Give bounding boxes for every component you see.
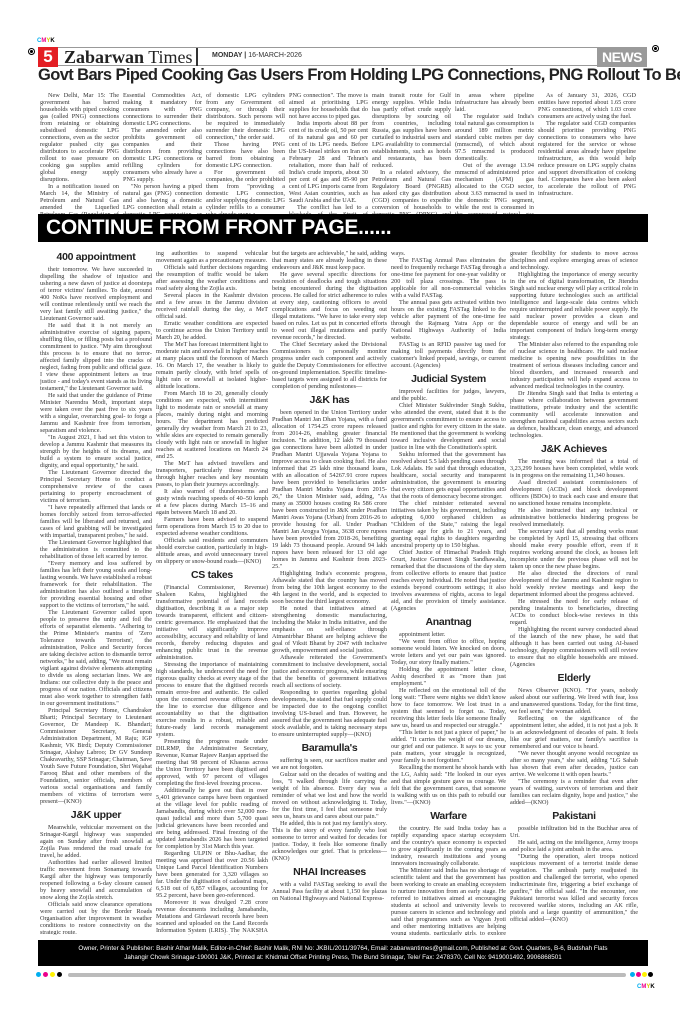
lead-paragraph: The amended order also prohibits governm…	[123, 127, 202, 183]
story-subhead: 400 appointment	[40, 250, 152, 264]
story-paragraph: greater flexibility for students to move…	[510, 250, 638, 271]
lead-column-7: As of January 31, 2026, CGD entities hav…	[538, 92, 636, 197]
story-paragraph: He also directed the directors of rural …	[510, 570, 638, 598]
story-subhead: CS takes	[156, 568, 268, 582]
story-paragraph: Erratic weather conditions are expected …	[156, 320, 268, 341]
story-paragraph: appointment letter.	[391, 631, 506, 638]
color-dot-magenta	[636, 972, 641, 977]
story-paragraph: He said that it is not merely an adminis…	[40, 322, 152, 392]
story-paragraph: been opened in the Union Territory under…	[272, 409, 387, 570]
story-paragraph: The MeT has advised travellers and trans…	[156, 460, 268, 488]
story-paragraph: The Lieutenant Governor called upon peop…	[40, 609, 152, 707]
lead-paragraph: PNG connection". The move is aimed at pr…	[289, 92, 368, 120]
story-paragraph: The annual pass gets activated within tw…	[391, 299, 506, 341]
lead-column-5: main transit route for Gulf energy suppl…	[372, 92, 451, 225]
story-paragraph: Reflecting on the significance of the ap…	[510, 715, 638, 750]
lead-column-6: in areas where pipeline infrastructure h…	[455, 92, 534, 225]
story-subhead: Elderly	[510, 671, 638, 685]
story-paragraph: but the targets are achievable," he said…	[272, 250, 387, 271]
story-subhead: Baramulla's	[272, 741, 387, 755]
story-subhead: NHAI Increases	[272, 865, 387, 879]
lead-column-3: of domestic LPG cylinders from any Gover…	[206, 92, 285, 218]
story-paragraph: The Minister also referred to the expand…	[510, 341, 638, 390]
color-dot-magenta	[43, 972, 48, 977]
story-paragraph: The Minister said India has no shortage …	[391, 867, 506, 935]
story-paragraph: Regarding ULPIN or Bhu-Aadhar, the meeti…	[156, 850, 268, 899]
story-paragraph: Sukhu informed that the government has r…	[391, 451, 506, 500]
story-subhead: J&K Achieves	[510, 442, 638, 456]
story-paragraph: The secretary said that all pending work…	[510, 528, 638, 570]
lead-column-2: Essential Commodities Act, making it man…	[123, 92, 202, 225]
story-paragraph: ing authorities to suspend vehicular mov…	[156, 250, 268, 264]
story-paragraph: Holding the appointment letter close, As…	[391, 666, 506, 687]
story-subhead: J&K has	[272, 393, 387, 407]
story-paragraph: The FASTag Annual Pass eliminates the ne…	[391, 257, 506, 299]
story-paragraph: "Every memory and loss suffered by famil…	[40, 560, 152, 609]
story-paragraph: Asad directed assistant commissioners of…	[510, 479, 638, 507]
story-paragraph: Chief Minister Sukhvinder Singh Sukhu, w…	[391, 402, 506, 451]
lead-paragraph: As of January 31, 2026, CGD entities hav…	[538, 92, 636, 120]
story-subhead: Warfare	[391, 809, 506, 823]
story-paragraph: Officials said snow clearance operations…	[40, 901, 152, 935]
imprint-line-2: Jahangir Chowk Srinagar-190001 J&K, Prin…	[38, 953, 648, 962]
story-paragraph: Moreover it was divulged 7.28 crore reve…	[156, 899, 268, 935]
story-paragraph: He also instructed that any technical or…	[510, 507, 638, 528]
story-paragraph: improved facilities for judges, lawyers,…	[391, 388, 506, 402]
story-paragraph: "We never thought anyone would recognize…	[510, 750, 638, 778]
story-paragraph: ways.	[391, 250, 506, 257]
color-dot-yellow	[642, 972, 647, 977]
lead-paragraph: in areas where pipeline infrastructure h…	[455, 92, 534, 113]
story-paragraph: Officials said residents and commuters s…	[156, 537, 268, 565]
continued-column-3: but the targets are achievable," he said…	[272, 250, 387, 935]
story-subhead: Anantnag	[391, 615, 506, 629]
continue-banner: CONTINUE FROM FRONT PAGE......	[38, 214, 648, 242]
story-paragraph: "This letter is not just a piece of pape…	[391, 729, 506, 764]
lead-paragraph: Essential Commodities Act, making it man…	[123, 92, 202, 127]
story-paragraph: The Chief Secretary asked the Divisional…	[272, 341, 387, 390]
imprint-footer: Owner, Printer & Publisher: Bashir Athar…	[38, 940, 648, 966]
story-paragraph: From March 18 to 20, generally cloudy co…	[156, 390, 268, 460]
story-paragraph: Recalling the moment he shook hands with…	[391, 764, 506, 806]
dateline-day: MONDAY	[212, 52, 242, 59]
story-paragraph: with a valid FASTag seeking to avail the…	[272, 881, 387, 902]
continued-column-2: ing authorities to suspend vehicular mov…	[156, 250, 268, 935]
story-paragraph: "During the operation, alert troops noti…	[510, 853, 638, 923]
story-paragraph: The MeT has forecast intermittent light …	[156, 341, 268, 390]
story-paragraph: Presenting the progress made under DILRM…	[156, 738, 268, 787]
story-paragraph: (Financial Commissioner, Revenue) Shalee…	[156, 584, 268, 661]
lead-column-4: PNG connection". The move is aimed at pr…	[289, 92, 368, 225]
story-paragraph: Meanwhile, vehicular movement on the Sri…	[40, 824, 152, 859]
story-paragraph: Responding to queries regarding global d…	[272, 689, 387, 738]
lead-column-1: New Delhi, Mar 15: The government has ba…	[40, 92, 119, 232]
story-paragraph: possible infiltration bid in the Buchhar…	[510, 825, 638, 839]
story-paragraph: Gulzar said on the decades of waiting an…	[272, 771, 387, 820]
color-bar	[68, 973, 626, 977]
story-paragraph: FASTag is an RFID passive tag used for m…	[391, 341, 506, 369]
story-paragraph: Several places in the Kashmir division a…	[156, 292, 268, 320]
story-subhead: Judicial System	[391, 372, 506, 386]
story-paragraph: He said, acting on the intelligence, Arm…	[510, 839, 638, 853]
lead-headline: Govt Bars Piped Cooking Gas Users From H…	[38, 64, 648, 86]
registration-mark-icon	[652, 45, 659, 52]
color-dot-cyan	[630, 972, 635, 977]
story-paragraph: suffering is seen, our sacrifices matter…	[272, 757, 387, 771]
story-paragraph: Additionally he gave out that in over 5,…	[156, 787, 268, 850]
story-subhead: Pakistani	[510, 809, 638, 823]
story-paragraph: Highlighting India's economic progress, …	[272, 570, 387, 605]
story-paragraph: He added, this is not just my family's s…	[272, 820, 387, 862]
continued-column-4: ways. The FASTag Annual Pass eliminates …	[391, 250, 506, 935]
story-paragraph: He reflected on the emotional toll of th…	[391, 687, 506, 729]
story-paragraph: The Lieutenant Governor highlighted that…	[40, 539, 152, 560]
color-dot-black	[57, 972, 62, 977]
dateline: MONDAY | 16-MARCH-2026	[212, 52, 302, 59]
cmyk-label-bottom: CMYK	[637, 984, 655, 990]
lead-paragraph: Those having PNG connections have also b…	[206, 141, 285, 169]
registration-mark-icon	[28, 48, 35, 55]
story-paragraph: The chief minister reiterated several in…	[391, 500, 506, 549]
story-paragraph: Principal Secretary Home, Chandraker Bha…	[40, 707, 152, 805]
story-paragraph: "We went from office to office, hoping s…	[391, 638, 506, 666]
story-paragraph: Highlighting the recent survey conducted…	[510, 626, 638, 668]
story-paragraph: He gave several specific directions for …	[272, 271, 387, 341]
imprint-line-1: Owner, Printer & Publisher: Bashir Athar…	[38, 944, 648, 953]
lead-paragraph: of domestic LPG cylinders from any Gover…	[206, 92, 285, 141]
dateline-date: 16-MARCH-2026	[248, 52, 302, 59]
story-paragraph: their tomorrow. We have succeeded in dis…	[40, 266, 152, 322]
story-paragraph: News Observer (KNO). "For years, nobody …	[510, 687, 638, 715]
cmyk-label-top: CMYK	[37, 38, 55, 44]
story-paragraph: Dr Jitendra Singh said that India is ent…	[510, 390, 638, 439]
color-dot-cyan	[36, 972, 41, 977]
story-paragraph: The meeting was informed that a total of…	[510, 458, 638, 479]
story-paragraph: He noted that initiatives aimed at stren…	[272, 605, 387, 654]
color-dot-black	[648, 972, 653, 977]
lead-paragraph: main transit route for Gulf energy suppl…	[372, 92, 451, 169]
story-paragraph: "In August 2021, I had set this vision t…	[40, 434, 152, 469]
continued-column-1: 400 appointment their tomorrow. We have …	[40, 247, 152, 935]
continued-column-5: greater flexibility for students to move…	[510, 250, 638, 935]
story-paragraph: The Lieutenant Governor directed the Pri…	[40, 469, 152, 504]
story-paragraph: Officials said further decisions regardi…	[156, 264, 268, 292]
story-paragraph: Highlighting the importance of energy se…	[510, 271, 638, 341]
lead-paragraph: The regulator said CGD companies should …	[538, 120, 636, 197]
story-paragraph: Stressing the importance of maintaining …	[156, 661, 268, 738]
lead-paragraph: India imports about 88 per cent of its c…	[289, 120, 368, 204]
lead-paragraph: For government oil companies, the order …	[206, 169, 285, 218]
story-paragraph: Athawale reiterated the Government's com…	[272, 654, 387, 689]
story-paragraph: "I have repeatedly affirmed that lands o…	[40, 504, 152, 539]
story-paragraph: He said that under the guidance of Prime…	[40, 392, 152, 434]
story-paragraph: Farmers have been advised to suspend far…	[156, 516, 268, 537]
story-paragraph: "The ceremony is a reminder that even af…	[510, 778, 638, 806]
story-paragraph: Authorities had earlier allowed limited …	[40, 859, 152, 901]
story-paragraph: He stressed the need for early release o…	[510, 598, 638, 626]
lead-paragraph: New Delhi, Mar 15: The government has ba…	[40, 92, 119, 183]
color-dot-yellow	[50, 972, 55, 977]
story-paragraph: the country. He said India today has a r…	[391, 825, 506, 867]
story-subhead: J&K upper	[40, 808, 152, 822]
story-paragraph: It also warned of thunderstorms and gust…	[156, 488, 268, 516]
story-paragraph: Chief Justice of Himachal Pradesh High C…	[391, 549, 506, 612]
lead-paragraph: The regulator said India's total natural…	[455, 113, 534, 162]
